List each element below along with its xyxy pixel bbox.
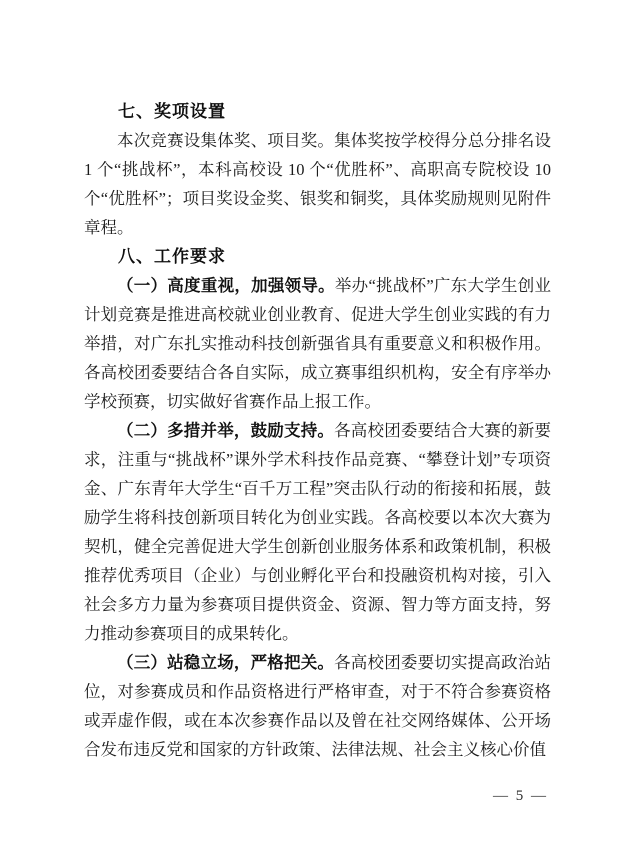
- paragraph-lead: （一）高度重视，加强领导。: [117, 276, 335, 295]
- paragraph-text: 各高校团委要结合大赛的新要求，注重与“挑战杯”课外学术科技作品竞赛、“攀登计划”…: [84, 421, 551, 643]
- paragraph-lead: （三）站稳立场，严格把关。: [117, 653, 334, 672]
- section-heading-awards: 七、奖项设置: [84, 97, 551, 126]
- paragraph-awards: 本次竞赛设集体奖、项目奖。集体奖按学校得分总分排名设 1 个“挑战杯”，本科高校…: [84, 126, 551, 242]
- paragraph-text: 举办“挑战杯”广东大学生创业计划竞赛是推进高校就业创业教育、促进大学生创业实践的…: [84, 276, 551, 411]
- document-page: 七、奖项设置 本次竞赛设集体奖、项目奖。集体奖按学校得分总分排名设 1 个“挑战…: [0, 0, 622, 844]
- paragraph-requirement-1: （一）高度重视，加强领导。举办“挑战杯”广东大学生创业计划竞赛是推进高校就业创业…: [84, 271, 551, 416]
- section-heading-work-requirements: 八、工作要求: [84, 242, 551, 271]
- paragraph-requirement-2: （二）多措并举，鼓励支持。各高校团委要结合大赛的新要求，注重与“挑战杯”课外学术…: [84, 416, 551, 648]
- paragraph-text: 本次竞赛设集体奖、项目奖。集体奖按学校得分总分排名设 1 个“挑战杯”，本科高校…: [84, 131, 551, 237]
- document-content: 七、奖项设置 本次竞赛设集体奖、项目奖。集体奖按学校得分总分排名设 1 个“挑战…: [84, 97, 551, 764]
- paragraph-requirement-3: （三）站稳立场，严格把关。各高校团委要切实提高政治站位，对参赛成员和作品资格进行…: [84, 648, 551, 764]
- page-number: — 5 —: [493, 786, 548, 806]
- paragraph-lead: （二）多措并举，鼓励支持。: [117, 421, 334, 440]
